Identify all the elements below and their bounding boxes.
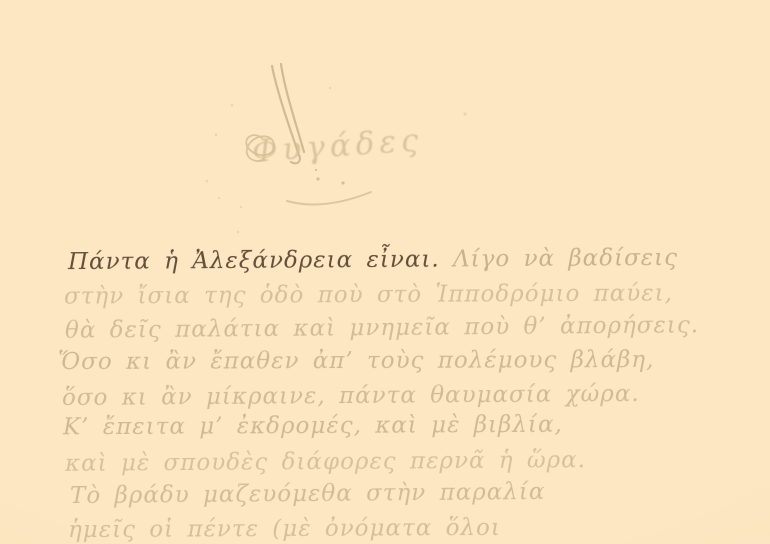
ink-dots xyxy=(315,169,345,185)
poem-line-dark-segment: Πάντα ἡ Ἀλεξάνδρεια εἶναι. xyxy=(68,246,453,275)
poem-title: Φυγάδες xyxy=(251,122,424,170)
poem-line: καὶ μὲ σπουδὲς διάφορες περνᾶ ἡ ὥρα. xyxy=(65,447,586,477)
poem-line: Τὸ βράδυ μαζευόμεθα στὴν παραλία xyxy=(70,479,546,509)
poem-line: ὅσο κι ἂν μίκραινε, πάντα θαυμασία χώρα. xyxy=(62,381,640,411)
manuscript-page: Φυγάδες Πάντα ἡ Ἀλεξάνδρεια εἶναι. Λίγο … xyxy=(0,0,770,544)
poem-line: ἡμεῖς οἱ πέντε (μὲ ὀνόματα ὅλοι xyxy=(68,515,501,543)
poem-line: Πάντα ἡ Ἀλεξάνδρεια εἶναι. Λίγο νὰ βαδίσ… xyxy=(68,245,678,275)
poem-line: στὴν ἴσια της ὁδὸ ποὺ στὸ Ἱπποδρόμιο παύ… xyxy=(64,280,673,309)
poem-line: Κ’ ἔπειτα μ’ ἐκδρομές, καὶ μὲ βιβλία, xyxy=(63,412,563,441)
poem-line: θὰ δεῖς παλάτια καὶ μνημεῖα ποὺ θ’ ἀπορή… xyxy=(65,312,699,344)
title-underline xyxy=(287,192,371,204)
poem-line: Ὅσο κι ἂν ἔπαθεν ἀπ’ τοὺς πολέμους βλάβη… xyxy=(58,347,654,375)
poem-line-faded-segment: Λίγο νὰ βαδίσεις xyxy=(453,245,678,273)
